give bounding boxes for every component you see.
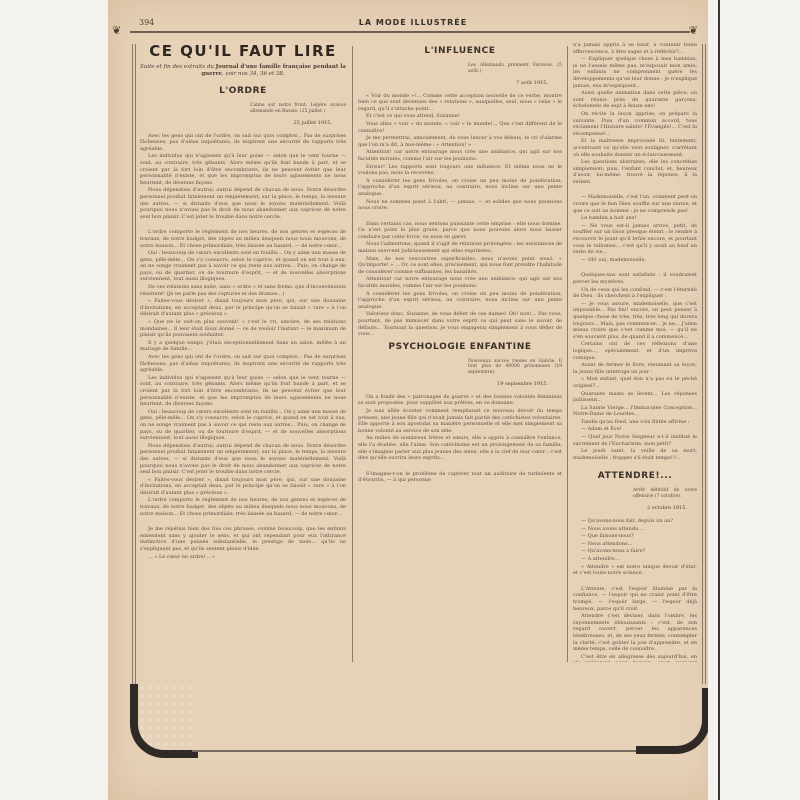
column-divider-2 [567, 46, 568, 662]
paragraph: L'Attente, c'est l'espoir illuminé par l… [573, 586, 697, 612]
paragraph: L'ordre comporte le règlement de nos heu… [140, 497, 346, 517]
dialogue-line: — Nous avons attendu... [573, 526, 697, 533]
paragraph: Erreur! Les rapports sont toujours une i… [358, 164, 562, 177]
paragraph: La Sainte Vierge... l'Immaculée Concepti… [573, 405, 697, 418]
paragraph: Certains ont de ces réflexions d'une log… [573, 341, 697, 361]
paragraph: — Ne vous est-il jamais arrivé, petit, d… [573, 223, 697, 256]
closing-quote: ... « Le cœur en ordre!... » [140, 554, 346, 561]
paragraph: L'ordre comporte le règlement de nos heu… [140, 229, 346, 249]
newspaper-page: ❦ 394 LA MODE ILLUSTRÉE ❦ CE QU'IL FAUT … [108, 0, 718, 800]
paragraph: Je me permettrai, amicalement, de vous l… [358, 135, 562, 148]
epigraph: Arrêt définitif de notre offensive (7 oc… [633, 488, 697, 499]
paragraph: — Expliquer quelque chose à mes bambins,… [573, 56, 697, 89]
paragraph: A considérer les gens frivoles, on crois… [358, 178, 562, 198]
paragraph: On récite la leçon apprise; on prépare l… [573, 111, 697, 137]
paragraph: Et c'est ce qui vous attend, Suzanne! [358, 113, 562, 120]
paragraph: Attendre c'est deviner, dans l'ombre, le… [573, 613, 697, 653]
section-title-psychologie: PSYCHOLOGIE ENFANTINE [358, 342, 562, 353]
dateline: 2 octobre 1915. [573, 505, 687, 512]
section-title-influence: L'INFLUENCE [358, 46, 562, 57]
column-3: n'a jamais appris à se tenir, à contenir… [573, 42, 697, 662]
dateline: 7 août 1915. [358, 80, 548, 87]
epigraph: Les Allemands prennent Varsovie. (5 août… [468, 63, 562, 74]
paragraph: — Oh! oui, mademoiselle. [573, 257, 697, 264]
dialogue-line: — A attendre... [573, 556, 697, 563]
epigraph: Nouveaux succès russes en Galicie. Il fo… [468, 359, 562, 376]
paragraph: Attention! car notre entourage nous crée… [358, 276, 562, 289]
column-1: CE QU'IL FAUT LIRE Suite et fin des extr… [140, 42, 346, 666]
left-frame-rule [132, 44, 136, 684]
ornamental-corner-bottom-left-icon [130, 684, 198, 758]
bottom-rule [192, 750, 636, 752]
paragraph: Quelques-uns sont satisfaits : il voudra… [573, 272, 697, 285]
paragraph: Nous dépendons d'autrui; autrui dépend d… [140, 187, 346, 220]
dialogue-line: — Qu'avons-nous à faire? [573, 548, 697, 555]
page-edge [718, 0, 720, 800]
paragraph: Vous allez « voir » du monde, « voir » l… [358, 121, 562, 134]
paragraph: Avant de fermer le livre, résumant sa le… [573, 362, 697, 375]
paragraph: S'imagine-t-on le problème de captiver t… [358, 471, 562, 484]
dateline: 19 septembre 1915. [358, 381, 548, 388]
dateline: 25 juillet 1915. [140, 120, 332, 127]
paragraph: On a fondé des « patronages de guerre » … [358, 394, 562, 407]
main-title: CE QU'IL FAUT LIRE [140, 42, 346, 60]
subtitle-issues: , voir nos 34, 36 et 38. [222, 71, 285, 77]
running-title: LA MODE ILLUSTRÉE [108, 18, 718, 27]
paragraph: Attention! car notre entourage nous crée… [358, 149, 562, 162]
column-divider-1 [352, 46, 353, 662]
right-ornament-icon: ❦ [689, 24, 698, 37]
paragraph: — Quel jour Notre Seigneur a-t-il instit… [573, 434, 697, 447]
paragraph: « Faites-vous désirer », disait toujours… [140, 298, 346, 318]
header-rule [130, 31, 690, 33]
section-title-ordre: L'ORDRE [140, 86, 346, 97]
paragraph: Mais, de nos rencontres superficielles, … [358, 256, 562, 276]
paragraph: Oui : beaucoup de cœurs excellents sont … [140, 409, 346, 442]
paragraph: Nous ne sommes point à l'abri, — jamais,… [358, 199, 562, 212]
paragraph: Valorisez donc, Suzanne, de vous défier … [358, 311, 562, 337]
paragraph: « Voir du monde »!... Comme cette accept… [358, 93, 562, 113]
paragraph: Dans certains cas, nous sentons puissant… [358, 221, 562, 241]
section-title-attendre: ATTENDRE!... [573, 471, 697, 482]
paragraph: Il y a quelque temps, j'étais exceptionn… [140, 340, 346, 353]
paragraph: — Adam et Ève! [573, 426, 697, 433]
subtitle-intro: Suite et fin des extraits du [140, 64, 216, 70]
paragraph: Nous dépendons d'autrui; autrui dépend d… [140, 443, 346, 476]
dialogue-line: — Que faisons-nous? [573, 533, 697, 540]
closing-paragraph: Je me répétais bien des fois ces phrases… [140, 526, 346, 552]
ornamental-corner-bottom-right-icon [636, 688, 710, 754]
paragraph: Avec les gens qui ont de l'ordre, on sai… [140, 133, 346, 153]
paragraph: Quarante mains se lèvent... Les réponses… [573, 391, 697, 404]
paragraph: « Mon enfant, quel don n'a pas eu le péc… [573, 376, 697, 389]
paragraph: Les questions abstraites, elle les concr… [573, 159, 697, 185]
paragraph: Et la maîtresse improvisée lit, lentemen… [573, 138, 697, 158]
page-header: ❦ 394 LA MODE ILLUSTRÉE ❦ [108, 16, 718, 36]
paragraph: Nous l'admettons, quand il s'agit de rel… [358, 241, 562, 254]
paragraph: A considérer les gens frivoles, on crois… [358, 291, 562, 311]
column-2: L'INFLUENCE Les Allemands prennent Varso… [358, 42, 562, 662]
paragraph: « Attendre » est notre unique devoir d'é… [573, 564, 697, 577]
paragraph: — Mademoiselle, c'est l'un, comment peut… [573, 194, 697, 214]
paragraph: Avec les gens qui ont de l'ordre, on sai… [140, 354, 346, 374]
dialogue-line: — Nous attendons... [573, 541, 697, 548]
dialogue-line: — Qu'avons-nous fait, depuis un an? [573, 518, 697, 525]
paragraph: De ces relations sans suite, sans « ordr… [140, 284, 346, 297]
epigraph: Calme sur notre front. Légère avance all… [250, 103, 346, 114]
right-frame-rule [702, 44, 706, 684]
paragraph: Aussi quelle animation dans cette pièce,… [573, 90, 697, 110]
paragraph: Les individus qui n'agissent qu'à leur g… [140, 153, 346, 186]
paragraph: Un de ceux qui les confond, — c'est l'ét… [573, 287, 697, 300]
paragraph: « Faites-vous désirer », disait toujours… [140, 477, 346, 497]
paragraph: Le bambin a huit ans! [573, 215, 697, 222]
paragraph: n'a jamais appris à se tenir, à contenir… [573, 42, 697, 55]
paragraph: Je suis allée écouter comment remplissai… [358, 408, 562, 434]
paragraph: « Que ne le voit-on plus souvent! » c'es… [140, 319, 346, 339]
scan-background [708, 0, 800, 800]
subtitle: Suite et fin des extraits du Journal d'u… [140, 64, 346, 78]
paragraph: Tandis qu'au fond, une voix flûtée affir… [573, 419, 697, 426]
paragraph: Au milieu de nombreux frères et sœurs, e… [358, 435, 562, 461]
paragraph: Oui : beaucoup de cœurs excellents sont … [140, 250, 346, 283]
paragraph: Le jeudi saint, la veille de sa mort, ma… [573, 448, 697, 461]
paragraph: Les individus qui n'agissent qu'à leur g… [140, 375, 346, 408]
paragraph: C'est être en allégresse dès aujourd'hui… [573, 654, 697, 662]
paragraph: — Je vous assure, mademoiselle, que c'es… [573, 301, 697, 341]
